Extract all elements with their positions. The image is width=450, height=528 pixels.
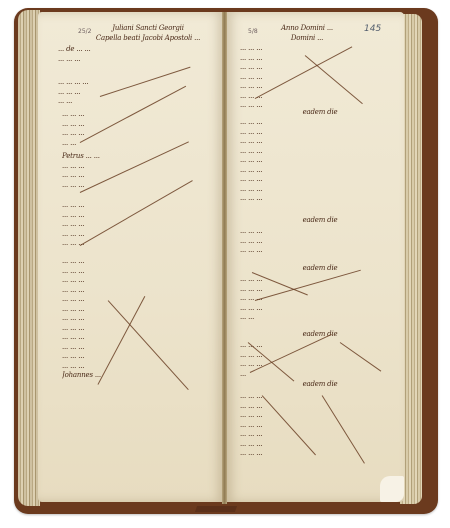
text-line: ... ... ... (240, 341, 400, 351)
text-line: ... ... ... (62, 324, 218, 334)
text-line: ... (240, 370, 400, 380)
header-line: Juliani Sancti Georgii (88, 24, 208, 34)
text-line: ... ... ... (240, 147, 400, 157)
text-line: ... ... ... (240, 402, 400, 412)
header-line: Anno Domini ... (262, 24, 352, 34)
eadem-die-heading: eadem die (240, 216, 400, 226)
right-page-header: Anno Domini ... Domini ... (262, 24, 352, 43)
text-line: ... ... ... (62, 286, 218, 296)
text-line: ... ... ... (62, 129, 218, 139)
text-line: ... ... ... (240, 411, 400, 421)
text-line: ... ... ... (240, 294, 400, 304)
right-entry-5: ... ... ... ... ... ... ... ... ... ... (240, 341, 400, 379)
text-line: ... ... ... (62, 257, 218, 267)
text-line: ... ... ... (240, 194, 400, 204)
text-line: ... ... ... (240, 227, 400, 237)
text-line: ... ... ... (58, 55, 218, 65)
text-line: ... ... ... (240, 304, 400, 314)
text-line: ... ... ... (240, 421, 400, 431)
text-line: ... ... ... (240, 54, 400, 64)
folio-number: 145 (364, 24, 381, 34)
text-line: ... ... ... (240, 440, 400, 450)
book-gutter (222, 12, 227, 504)
text-line: ... ... ... (62, 220, 218, 230)
text-line: ... ... ... (240, 430, 400, 440)
text-line: ... ... ... (62, 314, 218, 324)
left-page-header: Juliani Sancti Georgii Capella beati Jac… (88, 24, 208, 43)
left-entry-3: ... ... ... ... ... ... ... ... ... ... … (62, 110, 218, 148)
text-line: ... ... ... (240, 285, 400, 295)
text-line: ... ... ... (240, 73, 400, 83)
text-line: ... ... ... (240, 137, 400, 147)
text-line: ... ... ... (62, 362, 218, 372)
text-line: ... ... ... (240, 118, 400, 128)
eadem-die-heading: eadem die (240, 264, 400, 274)
eadem-die-heading: eadem die (240, 108, 400, 118)
eadem-die-heading: eadem die (240, 380, 400, 390)
text-line: Petrus ... ... (62, 152, 218, 162)
header-line: Domini ... (262, 34, 352, 44)
right-entry-3: ... ... ... ... ... ... ... ... ... (240, 227, 400, 256)
text-line: ... ... (240, 313, 400, 323)
text-line: ... ... ... (62, 276, 218, 286)
left-entry-4: Petrus ... ... ... ... ... ... ... ... .… (62, 152, 218, 190)
text-line: ... ... ... (62, 120, 218, 130)
text-line: ... ... ... (62, 352, 218, 362)
text-line: ... ... ... (240, 175, 400, 185)
text-line: ... ... ... (62, 211, 218, 221)
text-line: ... ... ... (240, 246, 400, 256)
left-entry-6: ... ... ... ... ... ... ... ... ... ... … (62, 257, 218, 381)
right-entry-6: ... ... ... ... ... ... ... ... ... ... … (240, 392, 400, 459)
text-line: ... ... ... (240, 237, 400, 247)
right-margin-note: 5/8 (248, 28, 258, 35)
text-line: ... ... ... (240, 82, 400, 92)
text-line: ... ... ... (62, 230, 218, 240)
left-entry-1: ... de ... ... ... ... ... (58, 45, 218, 64)
text-line: ... ... ... (62, 343, 218, 353)
text-line: ... ... (58, 97, 218, 107)
bookmark-tab (195, 506, 237, 512)
text-line: ... ... ... (240, 156, 400, 166)
right-entry-2: ... ... ... ... ... ... ... ... ... ... … (240, 118, 400, 204)
text-line: ... de ... ... (58, 45, 218, 55)
text-line: ... ... ... (240, 185, 400, 195)
text-line: ... ... ... (58, 88, 218, 98)
right-entry-1: ... ... ... ... ... ... ... ... ... ... … (240, 44, 400, 111)
text-line: ... ... ... (240, 449, 400, 459)
text-line: ... ... ... (62, 171, 218, 181)
header-line: Capella beati Jacobi Apostoli ... (88, 34, 208, 44)
text-line: Johannes ... (62, 371, 218, 381)
left-entry-2: ... ... ... ... ... ... ... ... ... (58, 78, 218, 107)
torn-corner (380, 476, 404, 502)
text-line: ... ... ... (240, 166, 400, 176)
page-edges-left (18, 10, 40, 506)
text-line: ... ... ... (240, 128, 400, 138)
text-line: ... ... ... (62, 110, 218, 120)
text-line: ... ... ... (62, 267, 218, 277)
text-line: ... ... ... (240, 44, 400, 54)
